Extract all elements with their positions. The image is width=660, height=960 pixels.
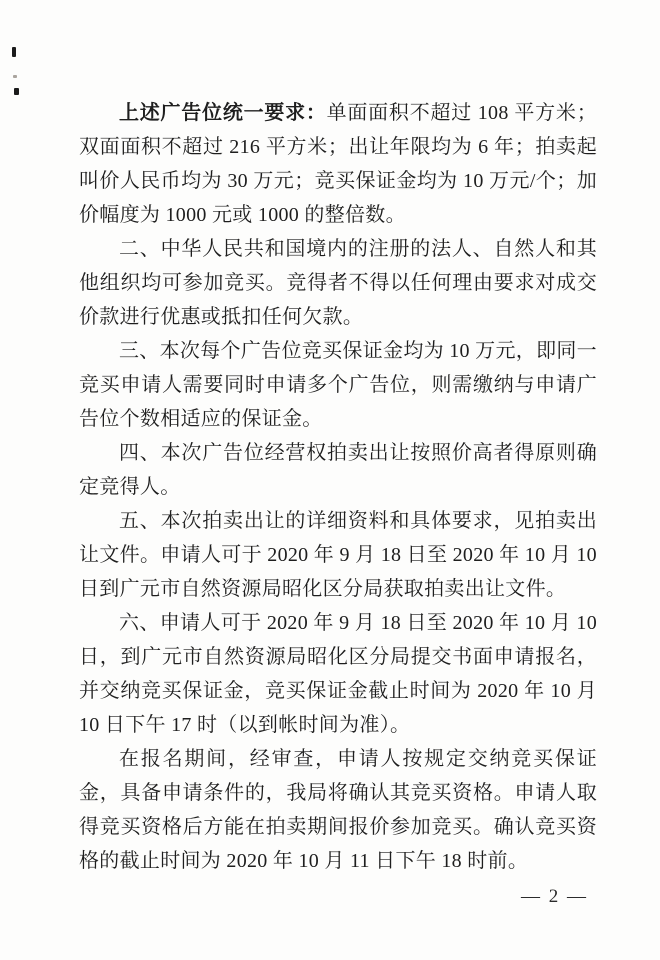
scan-speck — [13, 75, 17, 78]
paragraph-unified-requirements: 上述广告位统一要求：单面面积不超过 108 平方米；双面面积不超过 216 平方… — [79, 96, 597, 232]
paragraph-clause-4-highest-bidder: 四、本次广告位经营权拍卖出让按照价高者得原则确定竞得人。 — [79, 436, 597, 504]
scan-speck — [12, 47, 16, 57]
paragraph-clause-3-deposit: 三、本次每个广告位竞买保证金均为 10 万元，即同一竞买申请人需要同时申请多个广… — [79, 334, 597, 436]
document-body: 上述广告位统一要求：单面面积不超过 108 平方米；双面面积不超过 216 平方… — [79, 96, 597, 878]
scan-speck — [14, 88, 19, 95]
paragraph-clause-5-auction-documents: 五、本次拍卖出让的详细资料和具体要求，见拍卖出让文件。申请人可于 2020 年 … — [79, 504, 597, 606]
paragraph-clause-2-eligibility: 二、中华人民共和国境内的注册的法人、自然人和其他组织均可参加竞买。竞得者不得以任… — [79, 232, 597, 334]
paragraph-clause-6-registration: 六、申请人可于 2020 年 9 月 18 日至 2020 年 10 月 10 … — [79, 606, 597, 742]
paragraph-clause-7-qualification: 在报名期间，经审查，申请人按规定交纳竞买保证金，具备申请条件的，我局将确认其竞买… — [79, 742, 597, 878]
page-number: — 2 — — [521, 886, 588, 908]
bold-lead-text: 上述广告位统一要求： — [119, 102, 327, 124]
document-page: 上述广告位统一要求：单面面积不超过 108 平方米；双面面积不超过 216 平方… — [0, 0, 660, 960]
